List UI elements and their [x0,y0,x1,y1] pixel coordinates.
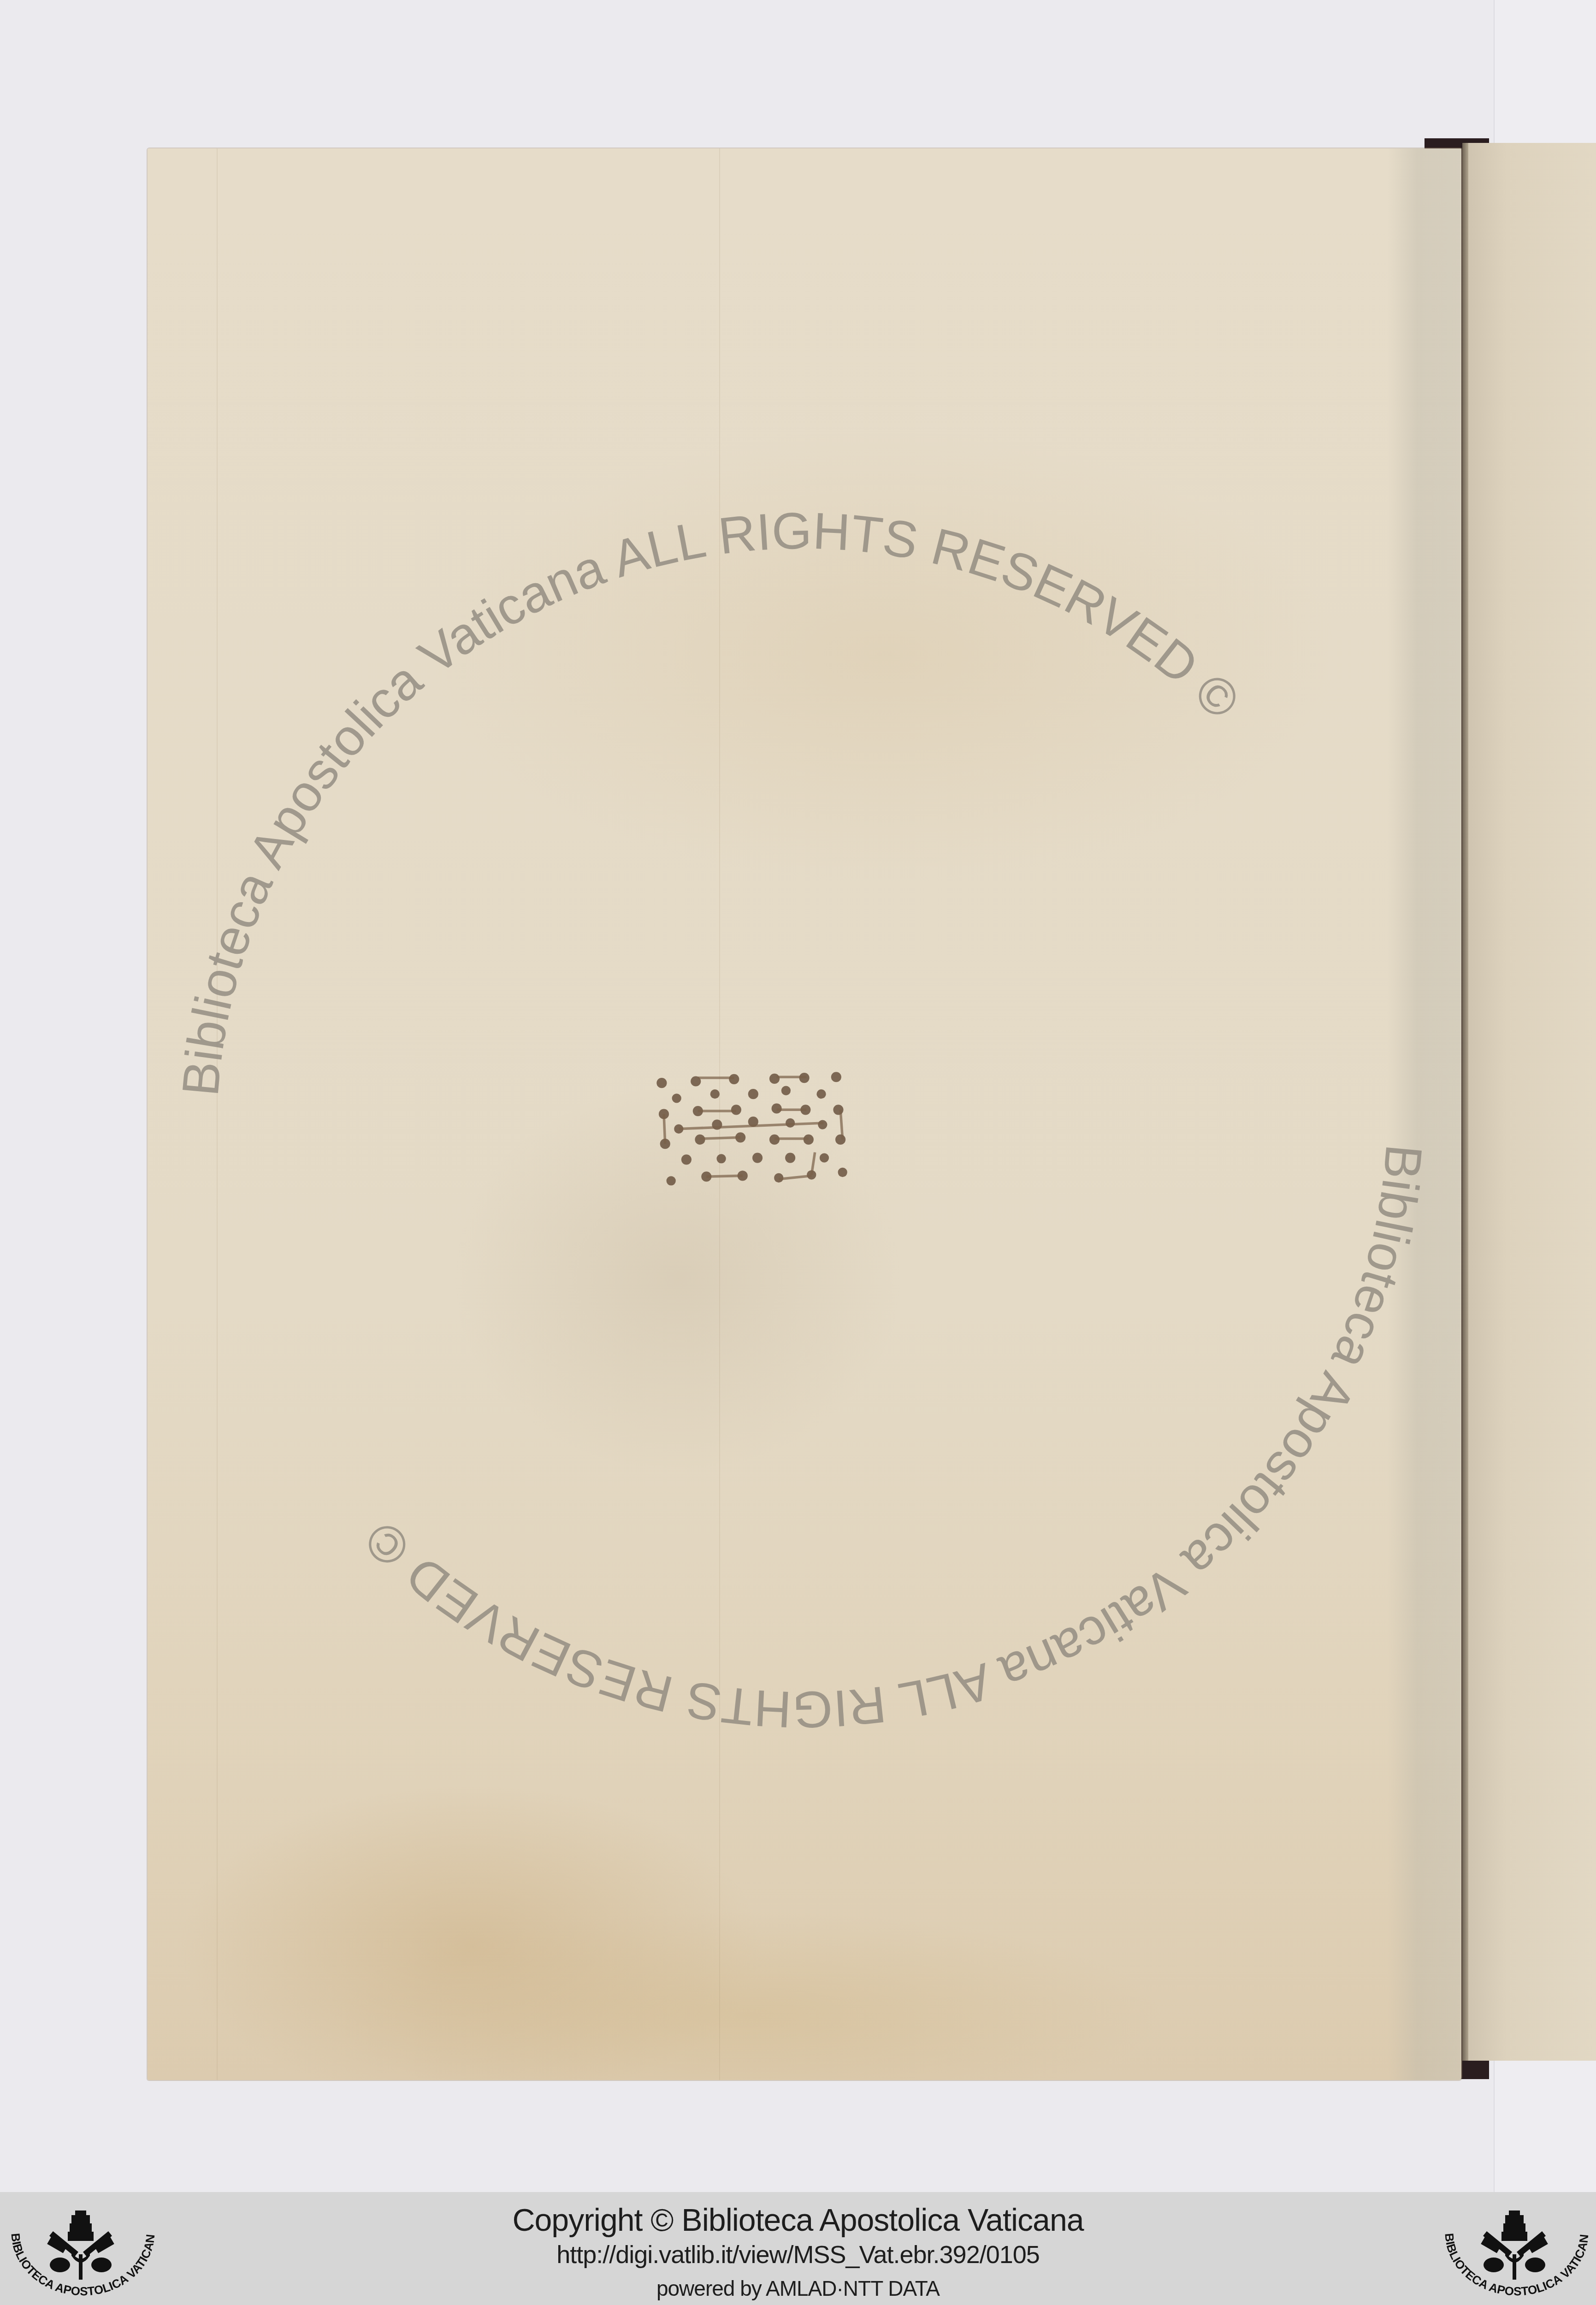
chain-line [217,148,218,2080]
binding-fold [1462,143,1469,2061]
footer-bar: BIBLIOTECA APOSTOLICA VATICANA Copyright… [0,2192,1596,2305]
facing-page [1468,143,1596,2061]
powered-by: powered by AMLAD·NTT DATA [0,2276,1596,2301]
copyright-notice: Copyright © Biblioteca Apostolica Vatica… [0,2202,1596,2238]
ink-stamp-mark [636,1046,913,1199]
page-gutter [1388,148,1461,2080]
papal-coat-of-arms-icon: BIBLIOTECA APOSTOLICA VATICANA [1436,2197,1593,2303]
permalink-link[interactable]: http://digi.vatlib.it/view/MSS_Vat.ebr.3… [556,2241,1040,2269]
permalink[interactable]: http://digi.vatlib.it/view/MSS_Vat.ebr.3… [0,2240,1596,2269]
